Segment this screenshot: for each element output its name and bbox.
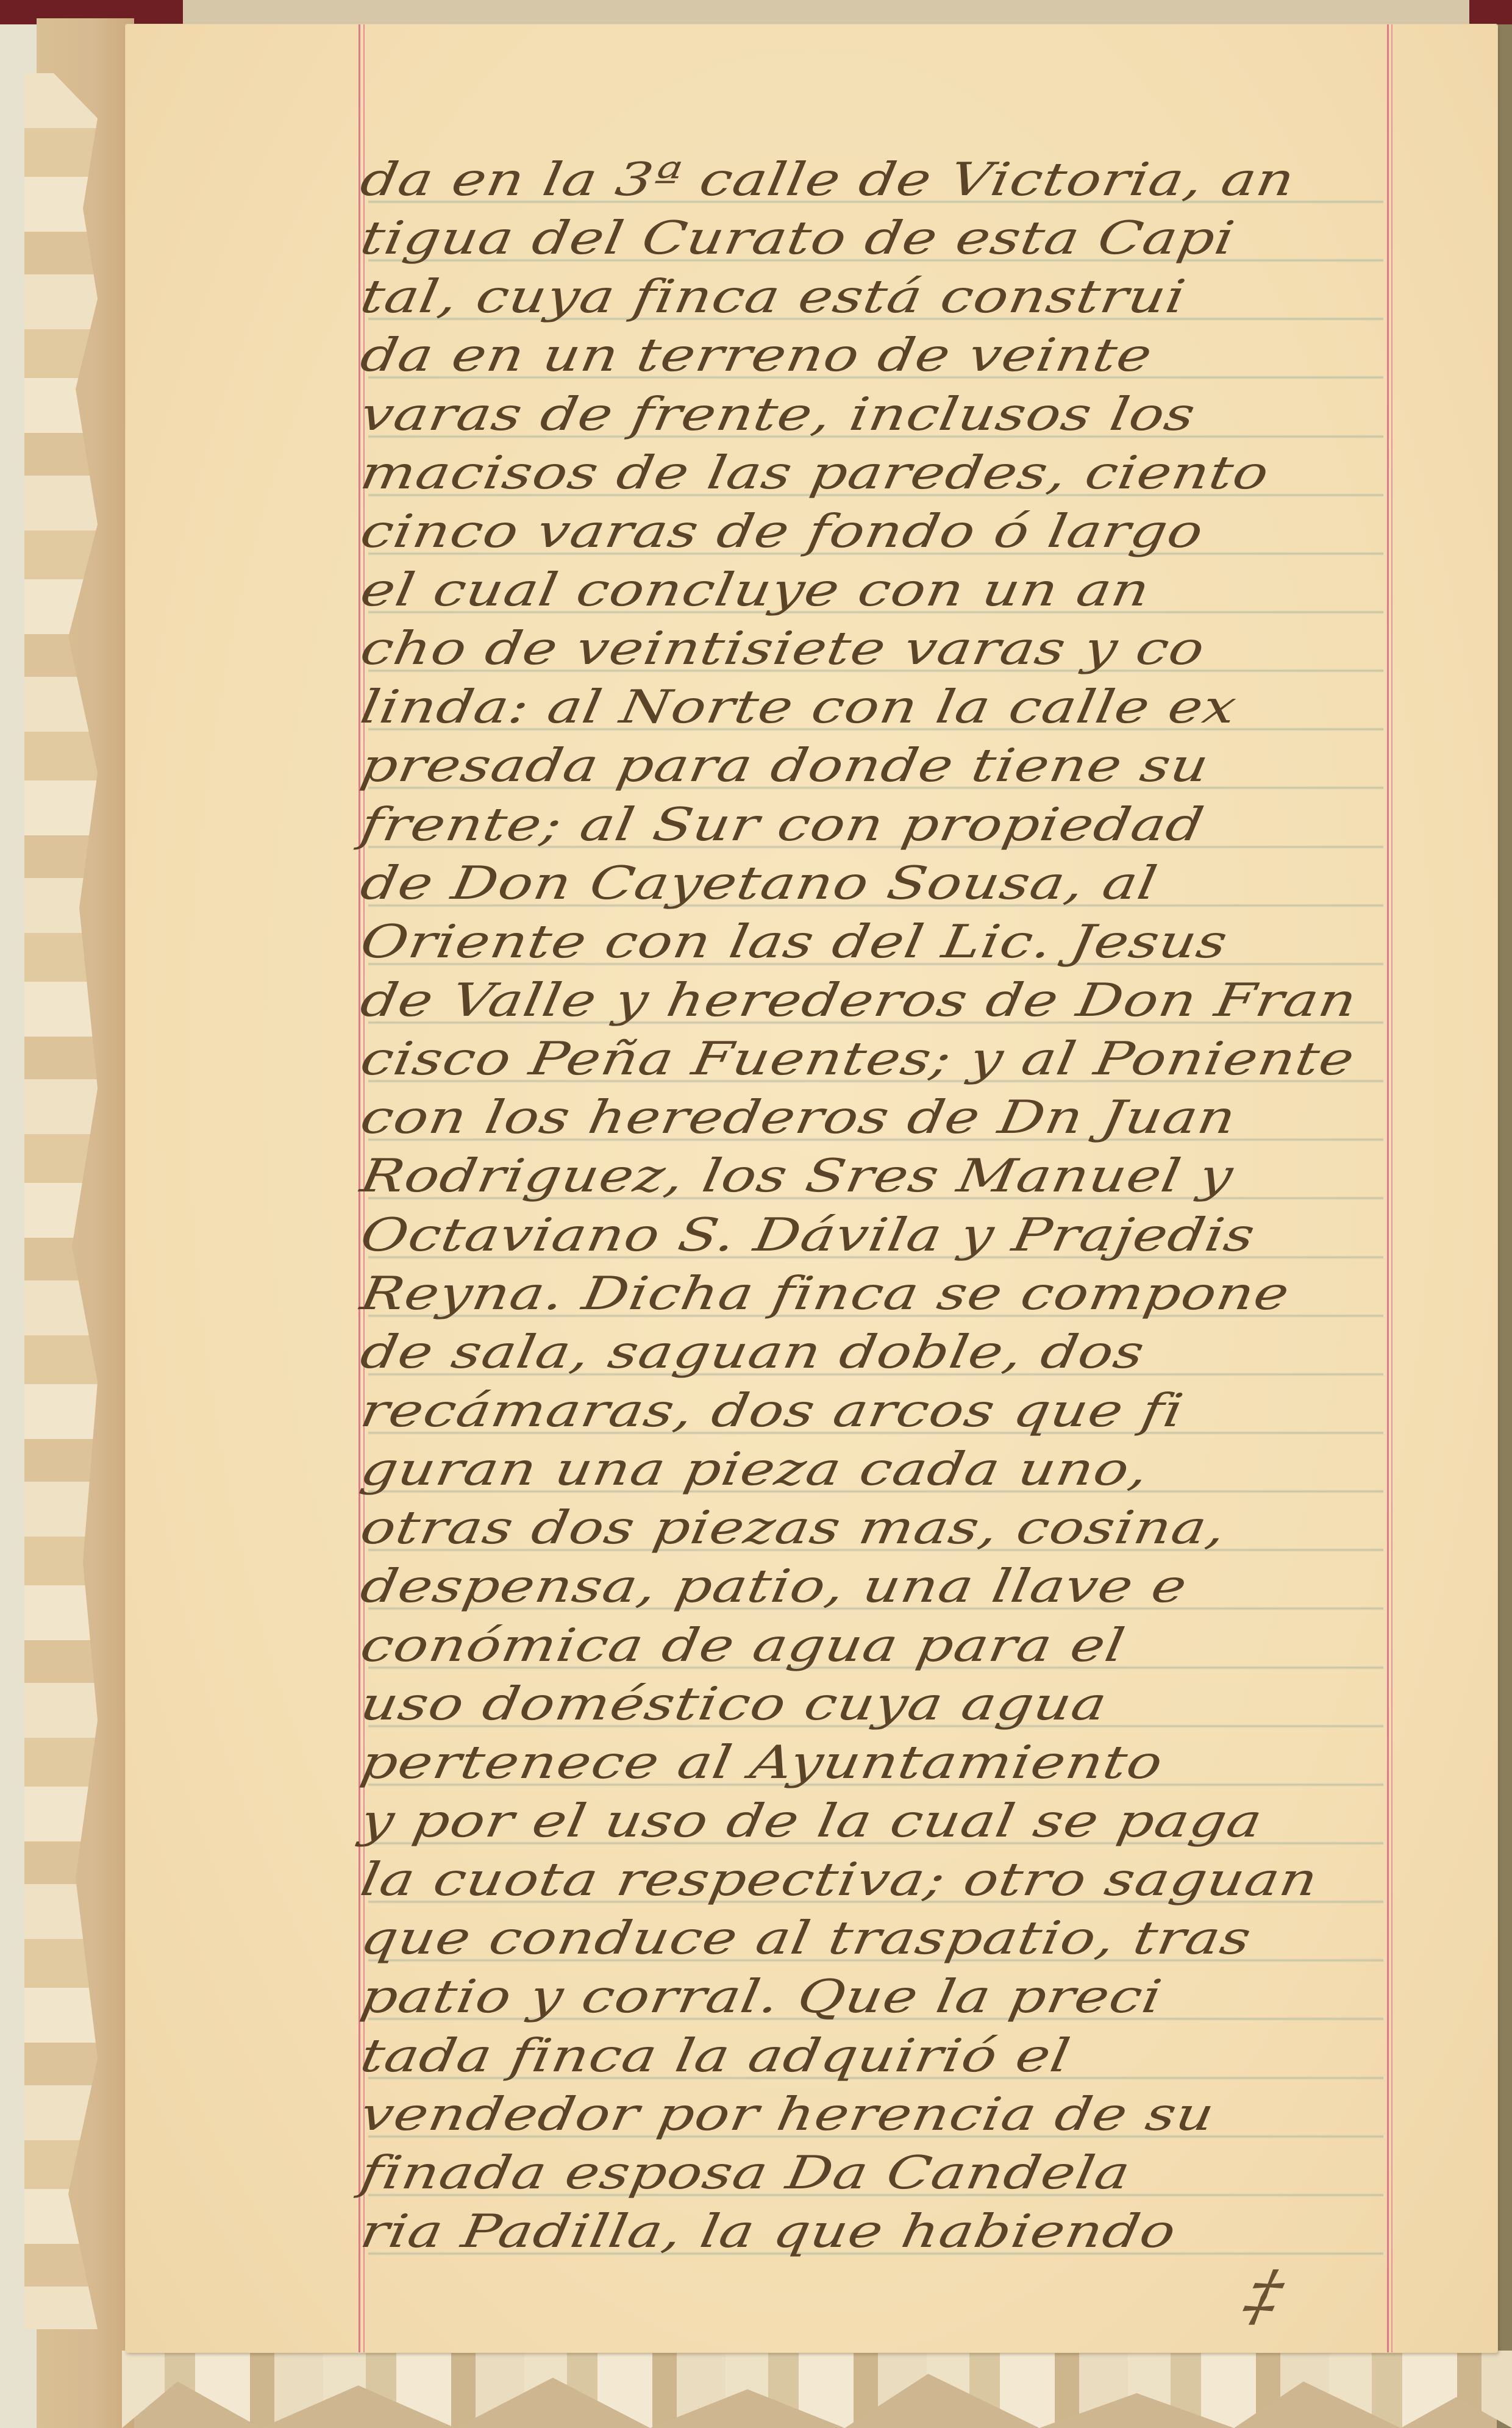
text-line: patio y corral. Que la preci bbox=[357, 1966, 1415, 2019]
text-line: despensa, patio, una llave e bbox=[357, 1556, 1415, 1609]
text-line: pertenece al Ayuntamiento bbox=[357, 1732, 1415, 1785]
text-line: finada esposa Da Candela bbox=[357, 2143, 1415, 2196]
text-line: vendedor por herencia de su bbox=[357, 2084, 1415, 2137]
text-line: conómica de agua para el bbox=[357, 1615, 1415, 1668]
text-line: da en un terreno de veinte bbox=[357, 325, 1415, 378]
text-line: Reyna. Dicha finca se compone bbox=[357, 1263, 1415, 1316]
text-line: Oriente con las del Lic. Jesus bbox=[357, 912, 1415, 965]
torn-page-fragments-bottom bbox=[122, 2351, 1512, 2428]
text-line: Octaviano S. Dávila y Prajedis bbox=[357, 1205, 1415, 1258]
text-line: de sala, saguan doble, dos bbox=[357, 1322, 1415, 1375]
text-line: guran una pieza cada uno, bbox=[357, 1439, 1415, 1492]
text-line: cinco varas de fondo ó largo bbox=[357, 501, 1415, 554]
line-end-mark: ‡ bbox=[1238, 2256, 1291, 2334]
text-line: de Don Cayetano Sousa, al bbox=[357, 853, 1415, 906]
text-line: y por el uso de la cual se paga bbox=[357, 1791, 1415, 1844]
text-line: macisos de las paredes, ciento bbox=[357, 443, 1415, 496]
text-line: uso doméstico cuya agua bbox=[357, 1674, 1415, 1727]
text-line: la cuota respectiva; otro saguan bbox=[357, 1849, 1415, 1902]
text-line: que conduce al traspatio, tras bbox=[357, 1908, 1415, 1961]
text-line: presada para donde tiene su bbox=[357, 735, 1415, 788]
text-line: frente; al Sur con propiedad bbox=[357, 794, 1415, 848]
text-line: da en la 3ª calle de Victoria, an bbox=[357, 149, 1415, 202]
text-line: cho de veintisiete varas y co bbox=[357, 618, 1415, 671]
text-line: ria Padilla, la que habiendo bbox=[357, 2201, 1415, 2254]
ledger-page: da en la 3ª calle de Victoria, an tigua … bbox=[126, 24, 1497, 2352]
text-line: otras dos piezas mas, cosina, bbox=[357, 1498, 1415, 1551]
text-line: linda: al Norte con la calle ex bbox=[357, 677, 1415, 730]
underlying-page-right bbox=[1497, 24, 1512, 2428]
text-line: tal, cuya finca está construi bbox=[357, 266, 1415, 320]
text-line: recámaras, dos arcos que fi bbox=[357, 1380, 1415, 1434]
text-line: varas de frente, inclusos los bbox=[357, 384, 1415, 437]
text-line: tigua del Curato de esta Capi bbox=[357, 208, 1415, 261]
text-line: de Valle y herederos de Don Fran bbox=[357, 970, 1415, 1023]
text-line: el cual concluye con un an bbox=[357, 560, 1415, 613]
text-line: Rodriguez, los Sres Manuel y bbox=[357, 1146, 1415, 1199]
text-line: cisco Peña Fuentes; y al Poniente bbox=[357, 1029, 1415, 1082]
text-line: con los herederos de Dn Juan bbox=[357, 1087, 1415, 1140]
text-line: tada finca la adquirió el bbox=[357, 2026, 1415, 2079]
